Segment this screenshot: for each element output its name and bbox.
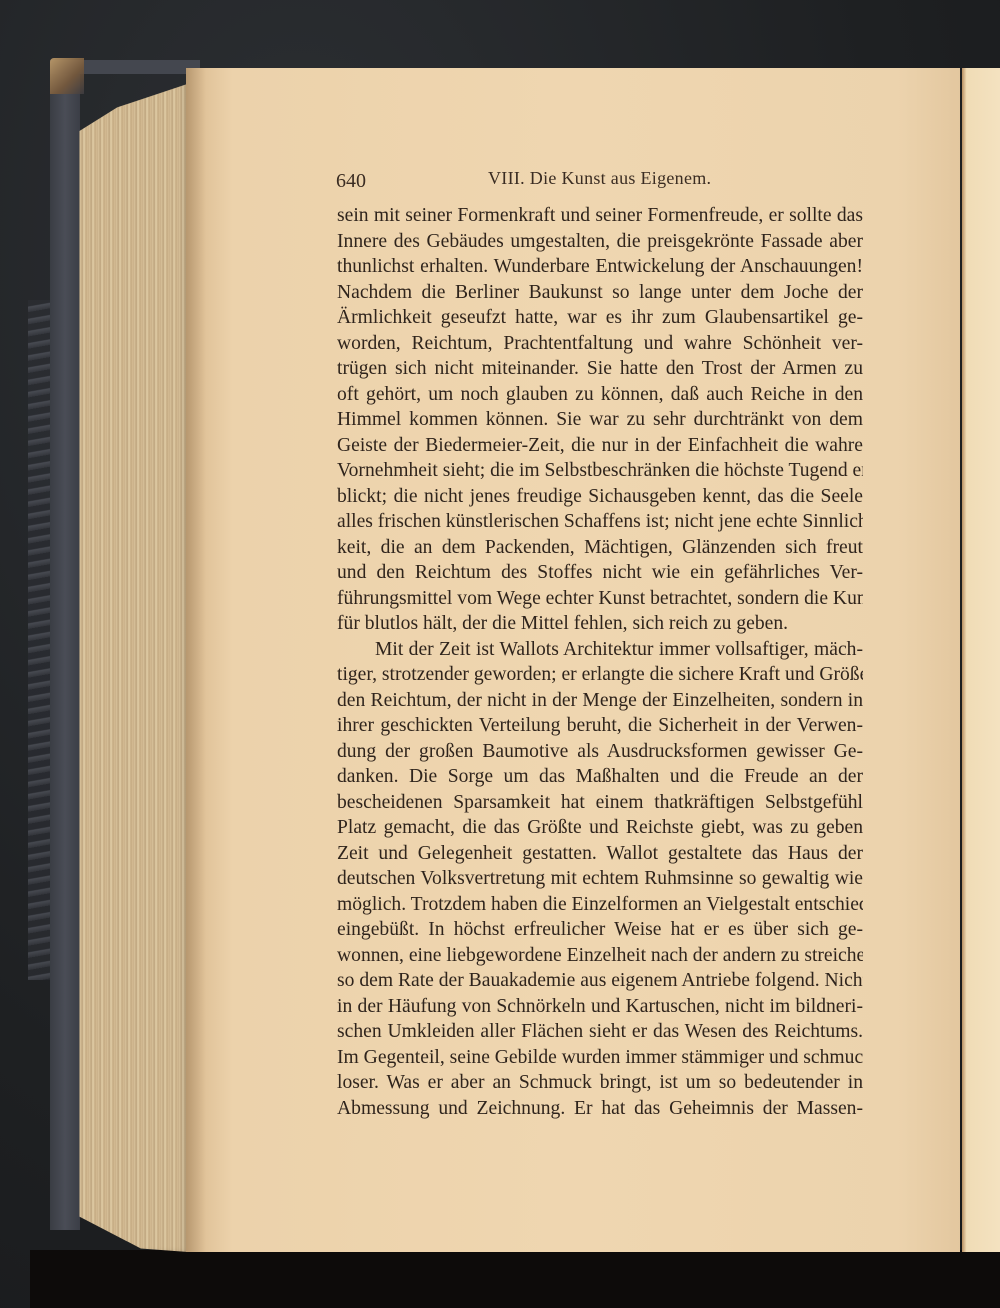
text-line: so dem Rate der Bauakademie aus eigenem … <box>337 968 863 994</box>
page-gutter-shadow <box>186 68 206 1252</box>
text-line: tiger, strotzender geworden; er erlangte… <box>337 662 863 688</box>
running-head: 640 VIII. Die Kunst aus Eigenem. <box>336 168 876 192</box>
text-line: führungsmittel vom Wege echter Kunst bet… <box>337 586 863 612</box>
text-line: trügen sich nicht miteinander. Sie hatte… <box>337 356 863 382</box>
text-line: alles frischen künstlerischen Schaffens … <box>337 509 863 535</box>
paragraph-end-line: für blutlos hält, der die Mittel fehlen,… <box>337 611 863 637</box>
page-number: 640 <box>336 170 366 193</box>
text-line: sein mit seiner Formenkraft und seiner F… <box>337 203 863 229</box>
text-line: Nachdem die Berliner Baukunst so lange u… <box>337 280 863 306</box>
text-line: ihrer geschickten Verteilung beruht, die… <box>337 713 863 739</box>
text-line: und den Reichtum des Stoffes nicht wie e… <box>337 560 863 586</box>
text-line: worden, Reichtum, Prachtentfaltung und w… <box>337 331 863 357</box>
text-line: deutschen Volksvertretung mit echtem Ruh… <box>337 866 863 892</box>
text-line: Himmel kommen können. Sie war zu sehr du… <box>337 407 863 433</box>
text-line: loser. Was er aber an Schmuck bringt, is… <box>337 1070 863 1096</box>
text-line: in der Häufung von Schnörkeln und Kartus… <box>337 994 863 1020</box>
text-line: Platz gemacht, die das Größte und Reichs… <box>337 815 863 841</box>
text-line: oft gehört, um noch glauben zu können, d… <box>337 382 863 408</box>
text-line: Ärmlichkeit geseufzt hatte, war es ihr z… <box>337 305 863 331</box>
text-line: Zeit und Gelegenheit gestatten. Wallot g… <box>337 841 863 867</box>
text-line: möglich. Trotzdem haben die Einzelformen… <box>337 892 863 918</box>
worn-cover-corner <box>50 58 84 94</box>
text-line: Geiste der Biedermeier-Zeit, die nur in … <box>337 433 863 459</box>
facing-page-edge <box>962 68 1000 1252</box>
text-line: eingebüßt. In höchst erfreulicher Weise … <box>337 917 863 943</box>
text-line: den Reichtum, der nicht in der Menge der… <box>337 688 863 714</box>
text-line: Abmessung und Zeichnung. Er hat das Gehe… <box>337 1096 863 1122</box>
text-line: Vornehmheit sieht; die im Selbstbeschrän… <box>337 458 863 484</box>
text-line: bescheidenen Sparsamkeit hat einem thatk… <box>337 790 863 816</box>
body-text: sein mit seiner Formenkraft und seiner F… <box>337 203 863 1121</box>
bottom-shadow <box>30 1250 1000 1308</box>
text-line: schen Umkleiden aller Flächen sieht er d… <box>337 1019 863 1045</box>
text-line: danken. Die Sorge um das Maßhalten und d… <box>337 764 863 790</box>
text-line: Innere des Gebäudes umgestalten, die pre… <box>337 229 863 255</box>
text-line: thunlichst erhalten. Wunderbare Entwicke… <box>337 254 863 280</box>
paragraph-start-line: Mit der Zeit ist Wallots Architektur imm… <box>337 637 863 663</box>
text-line: keit, die an dem Packenden, Mächtigen, G… <box>337 535 863 561</box>
text-line: Im Gegenteil, seine Gebilde wurden immer… <box>337 1045 863 1071</box>
text-line: dung der großen Baumotive als Ausdrucksf… <box>337 739 863 765</box>
text-line: wonnen, eine liebgewordene Einzelheit na… <box>337 943 863 969</box>
page-edges-stack <box>70 72 188 1252</box>
chapter-title: VIII. Die Kunst aus Eigenem. <box>488 168 711 189</box>
book-cover <box>50 60 80 1230</box>
text-line: blickt; die nicht jenes freudige Sichaus… <box>337 484 863 510</box>
